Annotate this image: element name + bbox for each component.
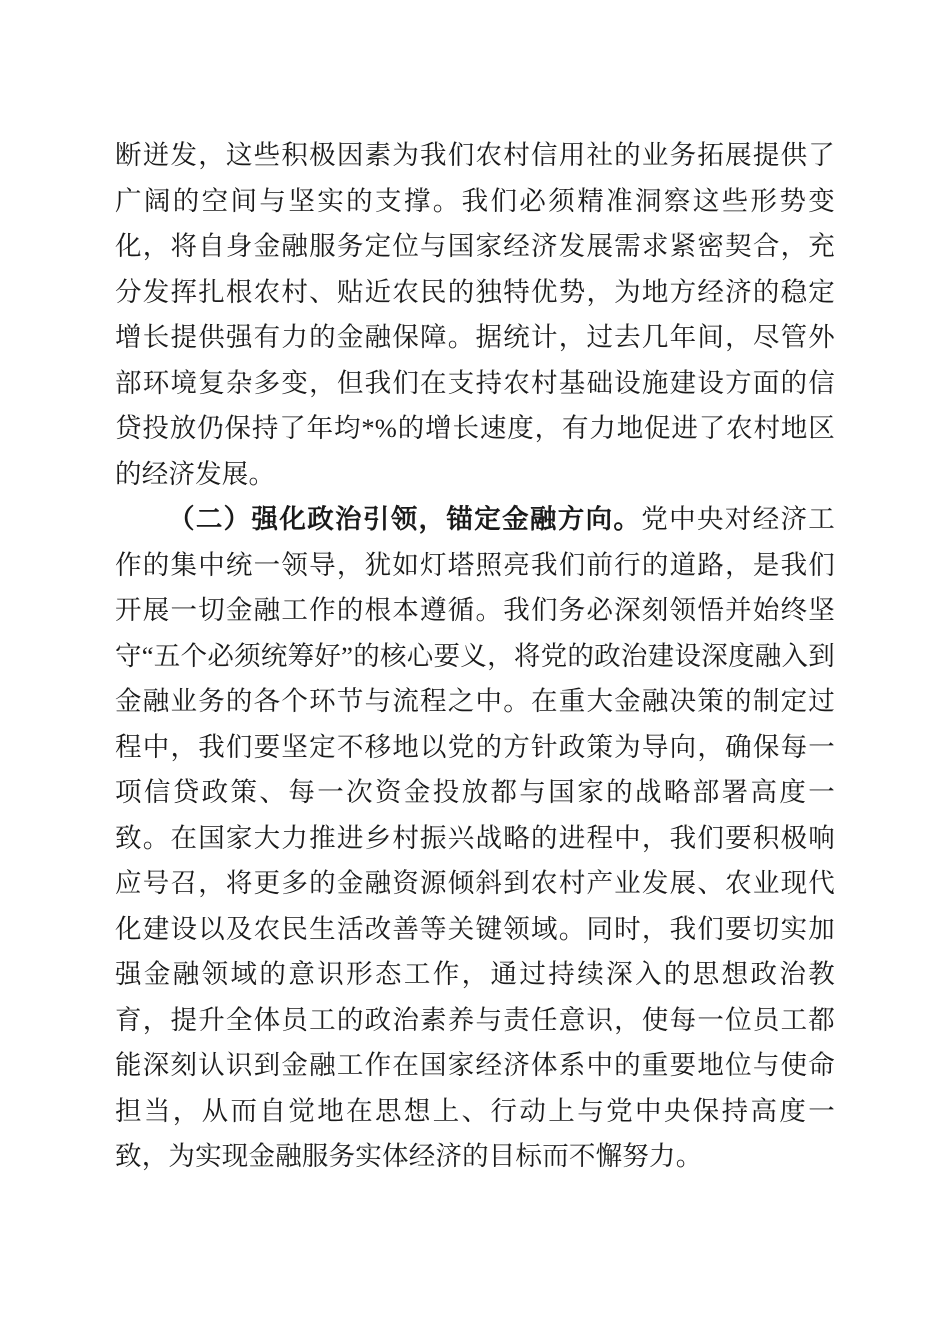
paragraph-continuation: 断迸发，这些积极因素为我们农村信用社的业务拓展提供了广阔的空间与坚实的支撑。我们… <box>115 133 835 497</box>
document-body: 断迸发，这些积极因素为我们农村信用社的业务拓展提供了广阔的空间与坚实的支撑。我们… <box>115 133 835 1180</box>
section-heading: （二）强化政治引领，锚定金融方向。 <box>168 504 641 534</box>
document-page: 断迸发，这些积极因素为我们农村信用社的业务拓展提供了广阔的空间与坚实的支撑。我们… <box>0 0 950 1344</box>
paragraph-text: 党中央对经济工作的集中统一领导，犹如灯塔照亮我们前行的道路，是我们开展一切金融工… <box>115 504 835 1171</box>
paragraph-text: 断迸发，这些积极因素为我们农村信用社的业务拓展提供了广阔的空间与坚实的支撑。我们… <box>115 140 835 489</box>
paragraph-section-two: （二）强化政治引领，锚定金融方向。党中央对经济工作的集中统一领导，犹如灯塔照亮我… <box>115 497 835 1180</box>
